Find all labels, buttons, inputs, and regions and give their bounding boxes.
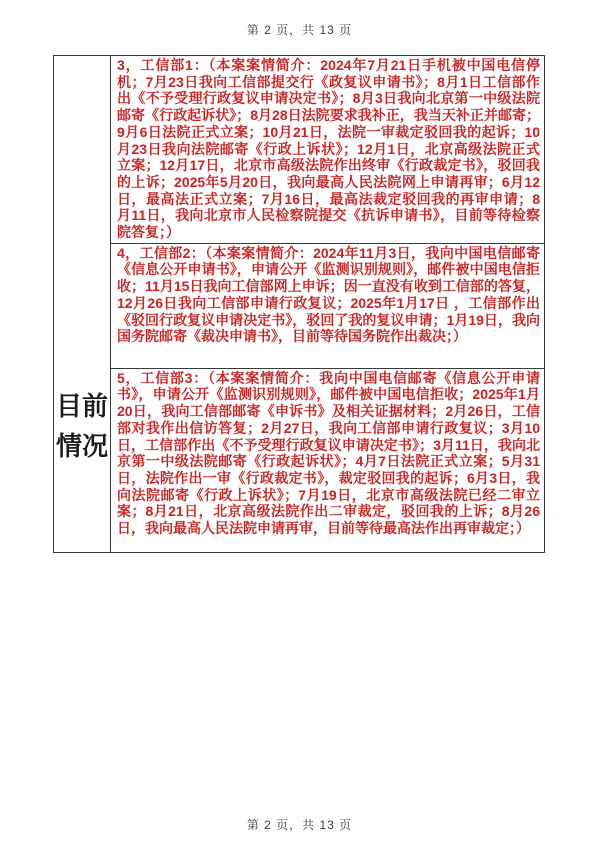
- row-label-cell: 目前情况: [54, 56, 111, 552]
- row-label-current-situation: 目前情况: [56, 386, 108, 466]
- page-number-footer: 第 2 页，共 13 页: [0, 816, 599, 833]
- case-row-miit-1: 3，工信部1：（本案案情简介：2024年7月21日手机被中国电信停机；7月23日…: [111, 56, 544, 244]
- case-row-miit-3: 5，工信部3：（本案案情简介：我向中国电信邮寄《信息公开申请书》，申请公开《监测…: [111, 369, 544, 552]
- case-row-miit-2: 4，工信部2：（本案案情简介：2024年11月3日，我向中国电信邮寄《信息公开申…: [111, 244, 544, 369]
- page-number-header: 第 2 页，共 13 页: [0, 21, 599, 38]
- current-status-table: 目前情况 3，工信部1：（本案案情简介：2024年7月21日手机被中国电信停机；…: [53, 55, 545, 553]
- document-page: 第 2 页，共 13 页 目前情况 3，工信部1：（本案案情简介：2024年7月…: [0, 0, 599, 848]
- case-rows-column: 3，工信部1：（本案案情简介：2024年7月21日手机被中国电信停机；7月23日…: [111, 56, 544, 552]
